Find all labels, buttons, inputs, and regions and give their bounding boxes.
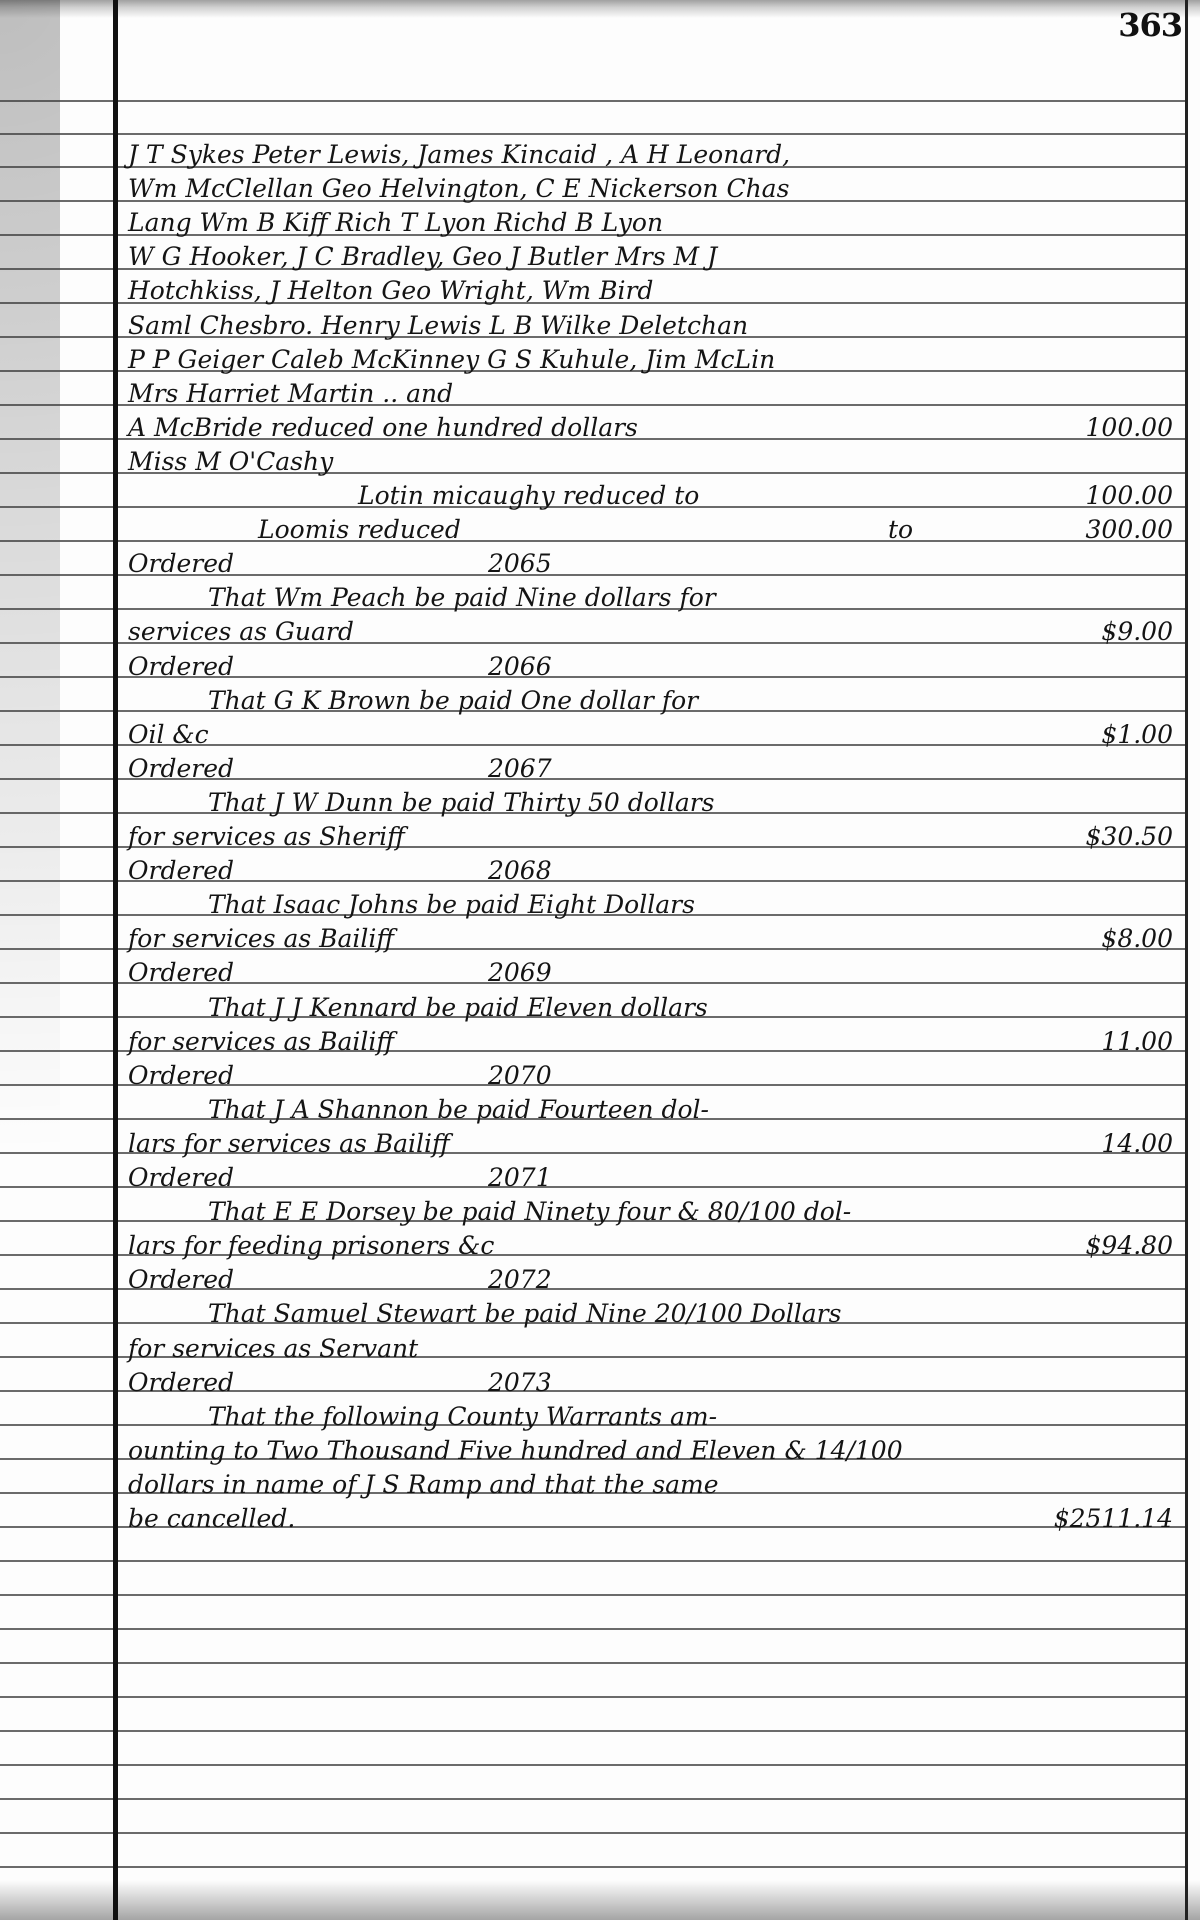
ledger-line: That Isaac Johns be paid Eight Dollars	[128, 888, 1173, 922]
ruled-line	[0, 1628, 1188, 1630]
entry-text: That Samuel Stewart be paid Nine 20/100 …	[128, 1297, 841, 1331]
entry-text: That E E Dorsey be paid Ninety four & 80…	[128, 1195, 851, 1229]
ledger-line: lars for feeding prisoners &c$94.80	[128, 1229, 1173, 1263]
ledger-line: Hotchkiss, J Helton Geo Wright, Wm Bird	[128, 274, 1173, 308]
ruled-line	[0, 1866, 1188, 1868]
ledger-line: Ordered2069	[128, 956, 1173, 990]
ruled-line	[0, 1696, 1188, 1698]
ledger-line: That the following County Warrants am-	[128, 1400, 1173, 1434]
entry-text: Lotin micaughy reduced to	[128, 479, 699, 513]
ledger-line: That J W Dunn be paid Thirty 50 dollars	[128, 786, 1173, 820]
entry-text: Ordered	[128, 752, 234, 786]
ruled-line	[0, 1662, 1188, 1664]
ledger-line: for services as Bailiff$8.00	[128, 922, 1173, 956]
entry-amount: $9.00	[1101, 615, 1173, 649]
ledger-line: Wm McClellan Geo Helvington, C E Nickers…	[128, 172, 1173, 206]
entry-text: That Wm Peach be paid Nine dollars for	[128, 581, 716, 615]
ledger-line: Mrs Harriet Martin .. and	[128, 377, 1173, 411]
ledger-line: J T Sykes Peter Lewis, James Kincaid , A…	[128, 138, 1173, 172]
entry-text: That J J Kennard be paid Eleven dollars	[128, 991, 708, 1025]
entry-text: Hotchkiss, J Helton Geo Wright, Wm Bird	[128, 274, 653, 308]
order-number: 2065	[488, 547, 552, 581]
entry-text: A McBride reduced one hundred dollars	[128, 411, 638, 445]
ruled-line	[0, 1730, 1188, 1732]
ruled-line	[0, 1560, 1188, 1562]
order-number: 2071	[488, 1161, 552, 1195]
ledger-line: That Wm Peach be paid Nine dollars for	[128, 581, 1173, 615]
entry-text: Ordered	[128, 547, 234, 581]
entry-text: for services as Bailiff	[128, 1025, 394, 1059]
ledger-line: Ordered2065	[128, 547, 1173, 581]
entry-text: Ordered	[128, 1366, 234, 1400]
ledger-line: That J A Shannon be paid Fourteen dol-	[128, 1093, 1173, 1127]
order-number: 2073	[488, 1366, 552, 1400]
ledger-line: ounting to Two Thousand Five hundred and…	[128, 1434, 1173, 1468]
entry-text: Ordered	[128, 1059, 234, 1093]
entry-amount: 11.00	[1101, 1025, 1173, 1059]
order-number: 2072	[488, 1263, 552, 1297]
ledger-line: dollars in name of J S Ramp and that the…	[128, 1468, 1173, 1502]
entry-connector: to	[888, 513, 913, 547]
ledger-line: Ordered2073	[128, 1366, 1173, 1400]
entry-text: That the following County Warrants am-	[128, 1400, 717, 1434]
ruled-line	[0, 1798, 1188, 1800]
entry-text: Wm McClellan Geo Helvington, C E Nickers…	[128, 172, 789, 206]
ledger-line: lars for services as Bailiff14.00	[128, 1127, 1173, 1161]
scan-edge-bottom	[0, 1880, 1200, 1920]
entry-amount: 100.00	[1086, 479, 1173, 513]
page-number: 363	[1118, 6, 1182, 44]
ledger-line: Lotin micaughy reduced to100.00	[128, 479, 1173, 513]
entry-text: Ordered	[128, 854, 234, 888]
ledger-line: Ordered2071	[128, 1161, 1173, 1195]
entry-text: That G K Brown be paid One dollar for	[128, 684, 698, 718]
scan-edge-top	[0, 0, 1200, 18]
entry-text: Lang Wm B Kiff Rich T Lyon Richd B Lyon	[128, 206, 663, 240]
ledger-line: for services as Bailiff11.00	[128, 1025, 1173, 1059]
entry-text: be cancelled.	[128, 1502, 295, 1536]
entry-text: Mrs Harriet Martin .. and	[128, 377, 453, 411]
ledger-line: Ordered2067	[128, 752, 1173, 786]
entry-text: Saml Chesbro. Henry Lewis L B Wilke Dele…	[128, 309, 748, 343]
ledger-line: Ordered2066	[128, 650, 1173, 684]
entry-text: Ordered	[128, 1161, 234, 1195]
entry-amount: $1.00	[1101, 718, 1173, 752]
entry-amount: $8.00	[1101, 922, 1173, 956]
entry-amount: 100.00	[1086, 411, 1173, 445]
ledger-line: That J J Kennard be paid Eleven dollars	[128, 991, 1173, 1025]
ruled-line	[0, 1832, 1188, 1834]
entry-amount: $30.50	[1086, 820, 1173, 854]
entry-amount: 300.00	[1086, 513, 1173, 547]
ruled-line	[0, 1594, 1188, 1596]
ledger-line: services as Guard$9.00	[128, 615, 1173, 649]
entry-text: Loomis reduced	[128, 513, 461, 547]
entry-text: That Isaac Johns be paid Eight Dollars	[128, 888, 695, 922]
ledger-page: 363 J T Sykes Peter Lewis, James Kincaid…	[0, 0, 1200, 1920]
order-number: 2067	[488, 752, 552, 786]
ruled-line	[0, 100, 1188, 102]
entry-text: Ordered	[128, 956, 234, 990]
entry-text: Oil &c	[128, 718, 209, 752]
ledger-line: That Samuel Stewart be paid Nine 20/100 …	[128, 1297, 1173, 1331]
entry-text: Ordered	[128, 1263, 234, 1297]
entry-text: dollars in name of J S Ramp and that the…	[128, 1468, 719, 1502]
entry-text: W G Hooker, J C Bradley, Geo J Butler Mr…	[128, 240, 717, 274]
ledger-line: That G K Brown be paid One dollar for	[128, 684, 1173, 718]
entry-text: Miss M O'Cashy	[128, 445, 333, 479]
entry-text: lars for services as Bailiff	[128, 1127, 450, 1161]
entry-text: P P Geiger Caleb McKinney G S Kuhule, Ji…	[128, 343, 775, 377]
order-number: 2069	[488, 956, 552, 990]
ledger-line: P P Geiger Caleb McKinney G S Kuhule, Ji…	[128, 343, 1173, 377]
entry-amount: $94.80	[1086, 1229, 1173, 1263]
entry-text: for services as Sheriff	[128, 820, 405, 854]
entry-text: lars for feeding prisoners &c	[128, 1229, 494, 1263]
ledger-line: W G Hooker, J C Bradley, Geo J Butler Mr…	[128, 240, 1173, 274]
ledger-line: for services as Sheriff$30.50	[128, 820, 1173, 854]
right-page-border	[1185, 0, 1188, 1920]
ledger-line: Ordered2072	[128, 1263, 1173, 1297]
entry-amount: 14.00	[1101, 1127, 1173, 1161]
margin-rule	[113, 0, 118, 1920]
ledger-line: A McBride reduced one hundred dollars100…	[128, 411, 1173, 445]
entry-text: Ordered	[128, 650, 234, 684]
ledger-line: Oil &c$1.00	[128, 718, 1173, 752]
order-number: 2068	[488, 854, 552, 888]
ledger-line: Loomis reducedto300.00	[128, 513, 1173, 547]
scan-edge-left	[0, 0, 60, 1920]
ledger-line: Lang Wm B Kiff Rich T Lyon Richd B Lyon	[128, 206, 1173, 240]
entry-text: That J A Shannon be paid Fourteen dol-	[128, 1093, 709, 1127]
ledger-line: That E E Dorsey be paid Ninety four & 80…	[128, 1195, 1173, 1229]
entry-amount: $2511.14	[1054, 1502, 1173, 1536]
ledger-line: for services as Servant	[128, 1332, 1173, 1366]
ledger-line: Ordered2070	[128, 1059, 1173, 1093]
ledger-line: Ordered2068	[128, 854, 1173, 888]
entry-text: J T Sykes Peter Lewis, James Kincaid , A…	[128, 138, 790, 172]
entry-text: ounting to Two Thousand Five hundred and…	[128, 1434, 903, 1468]
ledger-line: Miss M O'Cashy	[128, 445, 1173, 479]
ledger-line: Saml Chesbro. Henry Lewis L B Wilke Dele…	[128, 309, 1173, 343]
entry-text: That J W Dunn be paid Thirty 50 dollars	[128, 786, 715, 820]
ruled-line	[0, 1764, 1188, 1766]
entry-text: for services as Servant	[128, 1332, 418, 1366]
order-number: 2066	[488, 650, 552, 684]
entry-text: services as Guard	[128, 615, 354, 649]
entry-text: for services as Bailiff	[128, 922, 394, 956]
order-number: 2070	[488, 1059, 552, 1093]
ledger-line: be cancelled.$2511.14	[128, 1502, 1173, 1536]
ruled-line	[0, 133, 1188, 135]
